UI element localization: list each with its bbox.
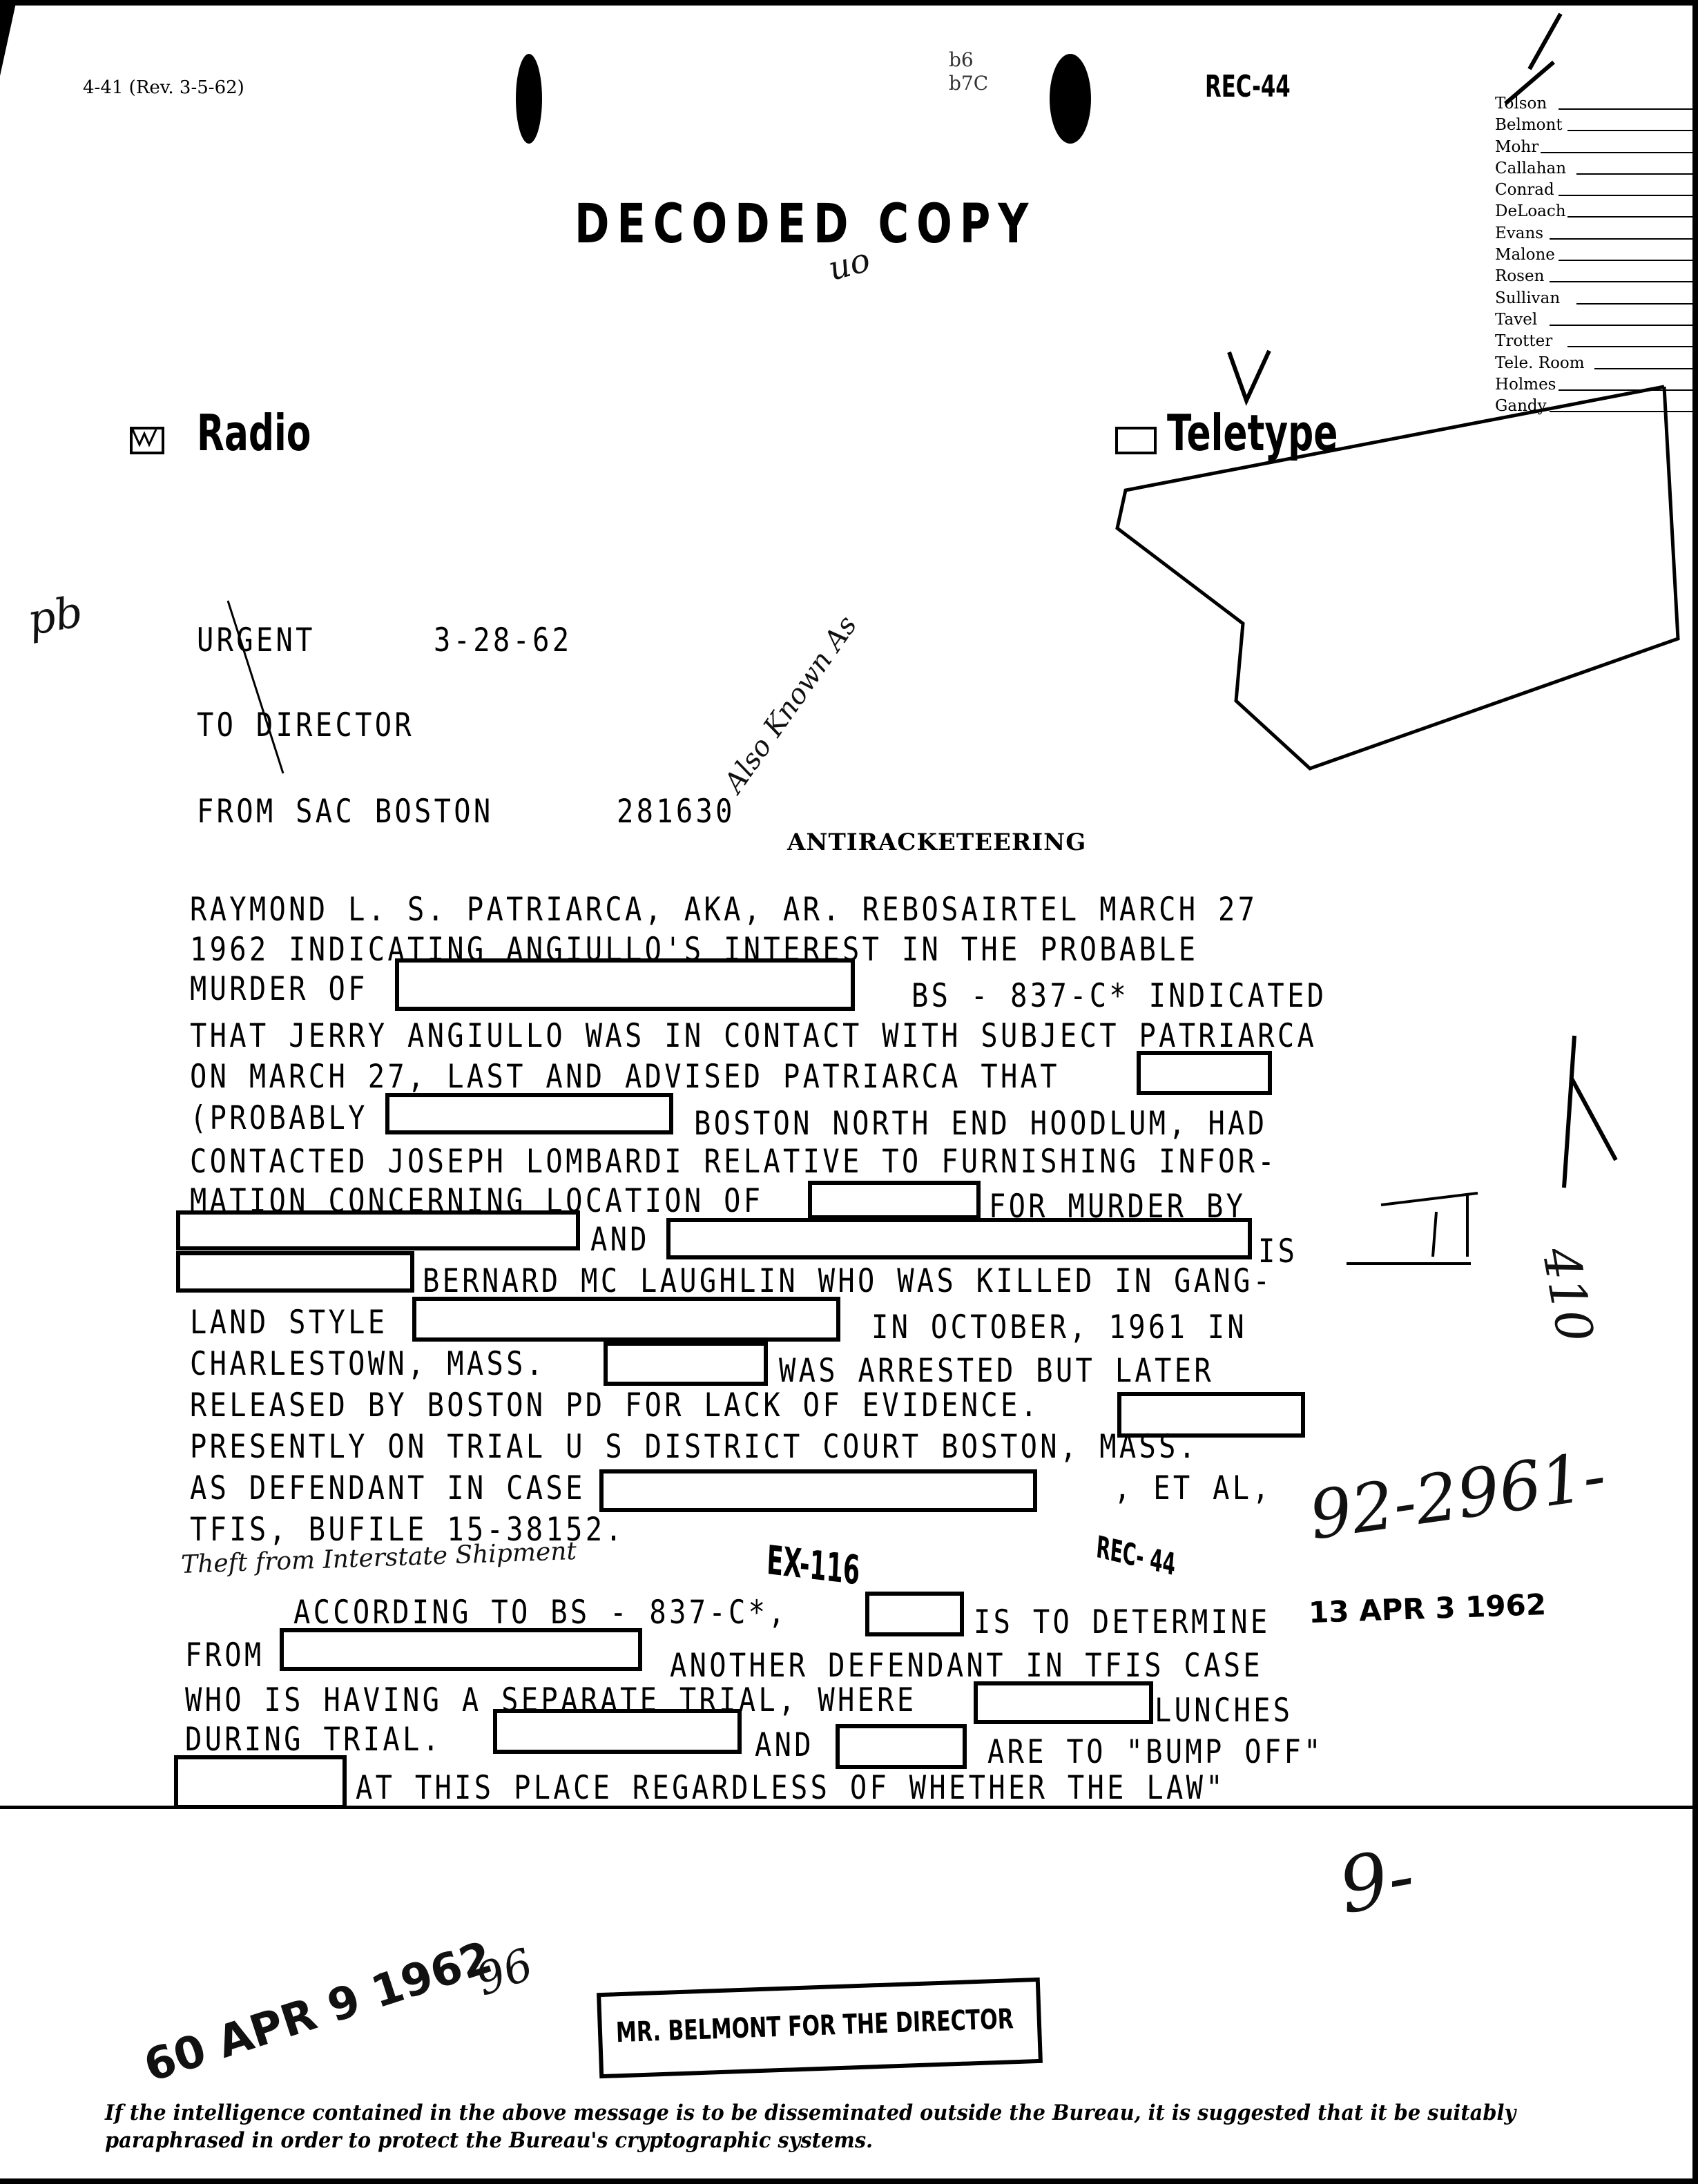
check-mark — [1229, 351, 1269, 400]
routing-check-marks — [1505, 14, 1561, 104]
handwritten-x-mark — [1564, 1036, 1616, 1188]
slash-mark — [228, 601, 283, 773]
decoded-copy-page: 4-41 (Rev. 3-5-62) b6 b7C REC-44 DECODED… — [0, 0, 1698, 2184]
annotation-overlay — [0, 0, 1698, 2184]
redaction-outline-shape — [1117, 387, 1678, 769]
handwritten-bracket-notes — [1347, 1193, 1478, 1264]
